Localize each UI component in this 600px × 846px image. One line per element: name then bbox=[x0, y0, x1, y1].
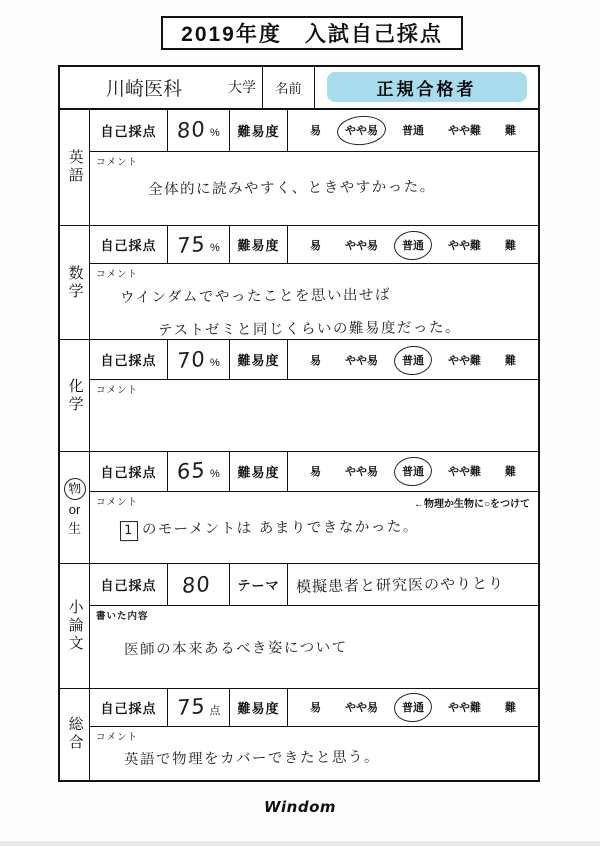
self-score-value: 75 点 bbox=[168, 689, 230, 726]
difficulty-options: 易 やや易 普通 やや難 難 bbox=[288, 340, 538, 379]
comment-cell: コメント 全体的に読みやすく、ときやすかった。 bbox=[90, 152, 538, 225]
difficulty-option: 易 bbox=[308, 350, 323, 370]
difficulty-option: 易 bbox=[308, 235, 323, 255]
subject-label-chemistry: 化学 bbox=[60, 340, 90, 450]
difficulty-options: 易 やや易 普通 やや難 難 bbox=[288, 689, 538, 726]
self-score-value: 65 % bbox=[168, 452, 230, 491]
subject-label-overall: 総合 bbox=[60, 689, 90, 780]
subject-label-math: 数学 bbox=[60, 226, 90, 339]
score-unit: % bbox=[210, 242, 220, 254]
circled-physics-char: 物 bbox=[62, 477, 87, 502]
difficulty-label: 難易度 bbox=[230, 689, 288, 726]
comment-cell: 書いた内容 医師の本来あるべき姿について bbox=[90, 606, 538, 687]
score-line: 自己採点 75 点 難易度 易 やや易 普通 やや難 難 bbox=[90, 689, 538, 727]
score-line: 自己採点 80 テーマ 模擬患者と研究医のやりとり bbox=[90, 564, 538, 606]
self-score-label: 自己採点 bbox=[90, 340, 168, 379]
comment-cell: コメント 英語で物理をカバーできたと思う。 bbox=[90, 727, 538, 780]
name-label: 名前 bbox=[263, 67, 315, 108]
theme-value-cell: 模擬患者と研究医のやりとり bbox=[288, 564, 538, 605]
difficulty-option: 易 bbox=[308, 461, 323, 481]
university-suffix-label: 大学 bbox=[228, 77, 262, 97]
row-math: 数学 自己採点 75 % 難易度 易 やや易 普通 やや難 難 bbox=[60, 226, 538, 340]
self-score-label: 自己採点 bbox=[90, 564, 168, 605]
scan-edge-shadow bbox=[0, 841, 600, 846]
comment-label: コメント bbox=[96, 382, 532, 396]
theme-label: テーマ bbox=[230, 564, 288, 605]
comment-handwritten: 英語で物理をカバーできたと思う。 bbox=[124, 743, 532, 768]
comment-label: コメント bbox=[96, 154, 532, 168]
difficulty-option: やや難 bbox=[446, 697, 483, 717]
university-name-handwritten: 川崎医科 bbox=[60, 74, 228, 101]
self-score-label: 自己採点 bbox=[90, 226, 168, 263]
comment-cell: コメント ウインダムでやったことを思い出せば テストゼミと同じくらいの難易度だっ… bbox=[90, 264, 538, 339]
difficulty-label: 難易度 bbox=[230, 452, 288, 491]
written-content-label: 書いた内容 bbox=[96, 608, 532, 622]
difficulty-option: 普通 bbox=[400, 697, 426, 717]
theme-handwritten: 模擬患者と研究医のやりとり bbox=[296, 572, 504, 597]
name-value-cell: 正規合格者 bbox=[315, 67, 538, 108]
difficulty-option: 普通 bbox=[400, 350, 426, 370]
header-row: 川崎医科 大学 名前 正規合格者 bbox=[60, 67, 538, 110]
score-line: 自己採点 80 % 難易度 易 やや易 普通 やや難 難 bbox=[90, 110, 538, 152]
difficulty-option: 難 bbox=[503, 697, 518, 717]
score-unit: % bbox=[210, 468, 220, 480]
windom-logo: Windom bbox=[0, 798, 600, 816]
difficulty-label: 難易度 bbox=[230, 226, 288, 263]
difficulty-option: 難 bbox=[503, 350, 518, 370]
comment-handwritten: 全体的に読みやすく、ときやすかった。 bbox=[148, 174, 532, 199]
comment-label: コメント bbox=[96, 266, 532, 280]
comment-handwritten: ウインダムでやったことを思い出せば bbox=[120, 282, 532, 307]
comment-handwritten: 医師の本来あるべき姿について bbox=[124, 634, 532, 659]
name-value-highlight: 正規合格者 bbox=[327, 72, 527, 102]
biology-char: 生 bbox=[68, 520, 81, 538]
or-label: or bbox=[69, 501, 81, 519]
comment-label: コメント bbox=[96, 729, 532, 743]
self-score-value: 80 bbox=[168, 564, 230, 605]
scanned-score-sheet: 2019年度 入試自己採点 川崎医科 大学 名前 正規合格者 英語 自己採点 8 bbox=[0, 0, 600, 846]
boxed-question-number: 1 bbox=[120, 520, 138, 540]
subject-label-physics-or-biology: 物 or 生 bbox=[60, 452, 90, 563]
difficulty-option: やや易 bbox=[343, 120, 380, 140]
subject-label-english: 英語 bbox=[60, 110, 90, 225]
comment-cell: コメント bbox=[90, 380, 538, 450]
row-physics-or-biology: 物 or 生 自己採点 65 % 難易度 易 やや易 普通 bbox=[60, 452, 538, 564]
score-line: 自己採点 70 % 難易度 易 やや易 普通 やや難 難 bbox=[90, 340, 538, 380]
score-line: 自己採点 65 % 難易度 易 やや易 普通 やや難 難 bbox=[90, 452, 538, 492]
difficulty-option: 普通 bbox=[400, 120, 426, 140]
difficulty-option: やや易 bbox=[343, 235, 380, 255]
comment-handwritten: 1のモーメントは あまりできなかった。 bbox=[120, 514, 532, 541]
difficulty-option: やや易 bbox=[343, 461, 380, 481]
self-score-value: 80 % bbox=[168, 110, 230, 151]
self-score-label: 自己採点 bbox=[90, 452, 168, 491]
difficulty-options: 易 やや易 普通 やや難 難 bbox=[288, 226, 538, 263]
difficulty-option: やや難 bbox=[446, 235, 483, 255]
score-unit: 点 bbox=[209, 702, 220, 718]
difficulty-options: 易 やや易 普通 やや難 難 bbox=[288, 110, 538, 151]
row-overall: 総合 自己採点 75 点 難易度 易 やや易 普通 やや難 難 bbox=[60, 689, 538, 780]
score-unit: % bbox=[210, 357, 220, 369]
subject-label-essay: 小論文 bbox=[60, 564, 90, 687]
difficulty-option: 易 bbox=[308, 120, 323, 140]
difficulty-option: やや難 bbox=[446, 350, 483, 370]
difficulty-option: やや易 bbox=[343, 350, 380, 370]
difficulty-option: 難 bbox=[503, 120, 518, 140]
row-chemistry: 化学 自己採点 70 % 難易度 易 やや易 普通 やや難 難 bbox=[60, 340, 538, 451]
difficulty-option: 難 bbox=[503, 461, 518, 481]
comment-cell: コメント ←物理か生物に○をつけて 1のモーメントは あまりできなかった。 bbox=[90, 492, 538, 563]
difficulty-option: やや難 bbox=[446, 120, 483, 140]
difficulty-option: 普通 bbox=[400, 461, 426, 481]
difficulty-option: 易 bbox=[308, 697, 323, 717]
difficulty-label: 難易度 bbox=[230, 110, 288, 151]
circle-instruction-note: ←物理か生物に○をつけて bbox=[414, 495, 530, 510]
university-cell: 川崎医科 大学 bbox=[60, 67, 263, 108]
row-english: 英語 自己採点 80 % 難易度 易 やや易 普通 やや難 難 bbox=[60, 110, 538, 226]
difficulty-option: やや易 bbox=[343, 697, 380, 717]
difficulty-option: 難 bbox=[503, 235, 518, 255]
difficulty-options: 易 やや易 普通 やや難 難 bbox=[288, 452, 538, 491]
page-title: 2019年度 入試自己採点 bbox=[161, 16, 463, 50]
difficulty-label: 難易度 bbox=[230, 340, 288, 379]
row-essay: 小論文 自己採点 80 テーマ 模擬患者と研究医のやりとり 書いた内容 bbox=[60, 564, 538, 688]
comment-handwritten: テストゼミと同じくらいの難易度だった。 bbox=[158, 315, 532, 340]
score-line: 自己採点 75 % 難易度 易 やや易 普通 やや難 難 bbox=[90, 226, 538, 264]
score-table: 川崎医科 大学 名前 正規合格者 英語 自己採点 80 % 難易度 bbox=[58, 65, 540, 782]
self-score-label: 自己採点 bbox=[90, 689, 168, 726]
self-score-label: 自己採点 bbox=[90, 110, 168, 151]
score-unit: % bbox=[210, 127, 220, 139]
self-score-value: 70 % bbox=[168, 340, 230, 379]
difficulty-option: やや難 bbox=[446, 461, 483, 481]
difficulty-option: 普通 bbox=[400, 235, 426, 255]
self-score-value: 75 % bbox=[168, 226, 230, 263]
